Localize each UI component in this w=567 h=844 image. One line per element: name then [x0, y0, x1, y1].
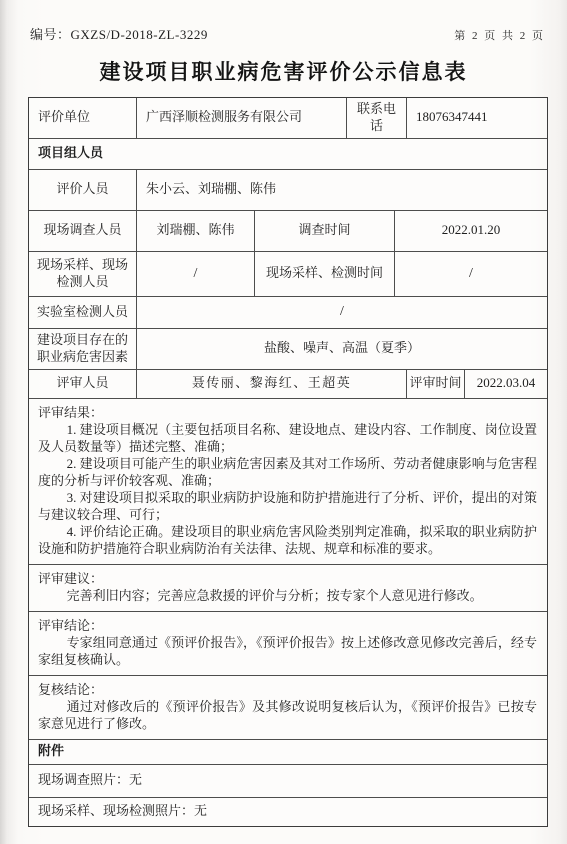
reviewers-value: 聂传丽、黎海红、王超英: [136, 370, 406, 398]
review-conclusion-content: 专家组同意通过《预评价报告》，《预评价报告》按上述修改意见修改完善后，经专家组复…: [38, 634, 537, 668]
eval-unit-label: 评价单位: [29, 98, 136, 138]
table-row: 项目组人员: [29, 138, 547, 169]
review-result-item: 4. 评价结论正确。建设项目的职业病危害风险类别判定准确，拟采取的职业病防护设施…: [38, 523, 537, 557]
table-row: 现场调查照片：无: [29, 764, 547, 797]
scanned-form-page: 编号：GXZS/D-2018-ZL-3229 第 2 页 共 2 页 建设项目职…: [0, 0, 567, 844]
site-survey-label: 现场调查人员: [29, 211, 136, 251]
attachment-section-label: 附件: [29, 740, 547, 764]
review-result-label: 评审结果：: [38, 404, 537, 421]
phone-value: 18076347441: [406, 98, 547, 138]
table-row: 实验室检测人员 /: [29, 296, 547, 328]
table-row: 建设项目存在的职业病危害因素 盐酸、噪声、高温（夏季）: [29, 328, 547, 369]
phone-label: 联系电话: [346, 98, 406, 138]
sampling-time-value: /: [394, 252, 547, 296]
table-row: 附件: [29, 739, 547, 764]
sampling-time-label: 现场采样、检测时间: [254, 252, 394, 296]
project-team-section-label: 项目组人员: [29, 139, 547, 169]
document-header: 编号：GXZS/D-2018-ZL-3229 第 2 页 共 2 页: [0, 0, 567, 43]
table-row: 现场采样、现场检测人员 / 现场采样、检测时间 /: [29, 251, 547, 296]
evaluation-form-table: 评价单位 广西泽顺检测服务有限公司 联系电话 18076347441 项目组人员…: [28, 97, 548, 827]
site-survey-value: 刘瑞棚、陈伟: [136, 211, 254, 251]
form-title: 建设项目职业病危害评价公示信息表: [0, 56, 567, 86]
review-result-item: 3. 对建设项目拟采取的职业病防护设施和防护措施进行了分析、评价，提出的对策与建…: [38, 489, 537, 523]
table-row: 现场调查人员 刘瑞棚、陈伟 调查时间 2022.01.20: [29, 210, 547, 251]
review-time-label: 评审时间: [406, 370, 464, 398]
hazard-factors-value: 盐酸、噪声、高温（夏季）: [136, 329, 547, 369]
recheck-conclusion-content: 通过对修改后的《预评价报告》及其修改说明复核后认为，《预评价报告》已按专家意见进…: [38, 698, 537, 732]
sampling-personnel-label: 现场采样、现场检测人员: [29, 252, 136, 296]
review-time-value: 2022.03.04: [464, 370, 547, 398]
review-suggestion-label: 评审建议：: [38, 570, 537, 587]
evaluators-label: 评价人员: [29, 170, 136, 210]
sampling-photos-value: 现场采样、现场检测照片：无: [29, 798, 547, 826]
page-indicator: 第 2 页 共 2 页: [454, 27, 545, 43]
survey-photos-value: 现场调查照片：无: [29, 765, 547, 797]
review-conclusion-label: 评审结论：: [38, 617, 537, 634]
reviewers-label: 评审人员: [29, 370, 136, 398]
review-result-block: 评审结果： 1. 建设项目概况（主要包括项目名称、建设地点、建设内容、工作制度、…: [29, 399, 547, 564]
review-suggestion-block: 评审建议： 完善利旧内容；完善应急救援的评价与分析；按专家个人意见进行修改。: [29, 565, 547, 611]
review-result-item: 2. 建设项目可能产生的职业病危害因素及其对工作场所、劳动者健康影响与危害程度的…: [38, 455, 537, 489]
table-row: 评审结果： 1. 建设项目概况（主要包括项目名称、建设地点、建设内容、工作制度、…: [29, 398, 547, 564]
eval-unit-value: 广西泽顺检测服务有限公司: [136, 98, 346, 138]
table-row: 评审结论： 专家组同意通过《预评价报告》，《预评价报告》按上述修改意见修改完善后…: [29, 611, 547, 675]
lab-personnel-label: 实验室检测人员: [29, 297, 136, 328]
review-result-item: 1. 建设项目概况（主要包括项目名称、建设地点、建设内容、工作制度、岗位设置及人…: [38, 421, 537, 455]
table-row: 复核结论： 通过对修改后的《预评价报告》及其修改说明复核后认为，《预评价报告》已…: [29, 675, 547, 739]
recheck-conclusion-block: 复核结论： 通过对修改后的《预评价报告》及其修改说明复核后认为，《预评价报告》已…: [29, 676, 547, 739]
evaluators-value: 朱小云、刘瑞棚、陈伟: [136, 170, 547, 210]
survey-time-value: 2022.01.20: [394, 211, 547, 251]
hazard-factors-label: 建设项目存在的职业病危害因素: [29, 329, 136, 369]
survey-time-label: 调查时间: [254, 211, 394, 251]
table-row: 评价人员 朱小云、刘瑞棚、陈伟: [29, 169, 547, 210]
review-suggestion-content: 完善利旧内容；完善应急救援的评价与分析；按专家个人意见进行修改。: [38, 587, 537, 604]
table-row: 评审建议： 完善利旧内容；完善应急救援的评价与分析；按专家个人意见进行修改。: [29, 564, 547, 611]
sampling-personnel-value: /: [136, 252, 254, 296]
table-row: 现场采样、现场检测照片：无: [29, 797, 547, 826]
review-conclusion-block: 评审结论： 专家组同意通过《预评价报告》，《预评价报告》按上述修改意见修改完善后…: [29, 612, 547, 675]
document-number: 编号：GXZS/D-2018-ZL-3229: [30, 24, 208, 43]
table-row: 评价单位 广西泽顺检测服务有限公司 联系电话 18076347441: [29, 98, 547, 138]
table-row: 评审人员 聂传丽、黎海红、王超英 评审时间 2022.03.04: [29, 369, 547, 398]
lab-personnel-value: /: [136, 297, 547, 328]
recheck-conclusion-label: 复核结论：: [38, 681, 537, 698]
